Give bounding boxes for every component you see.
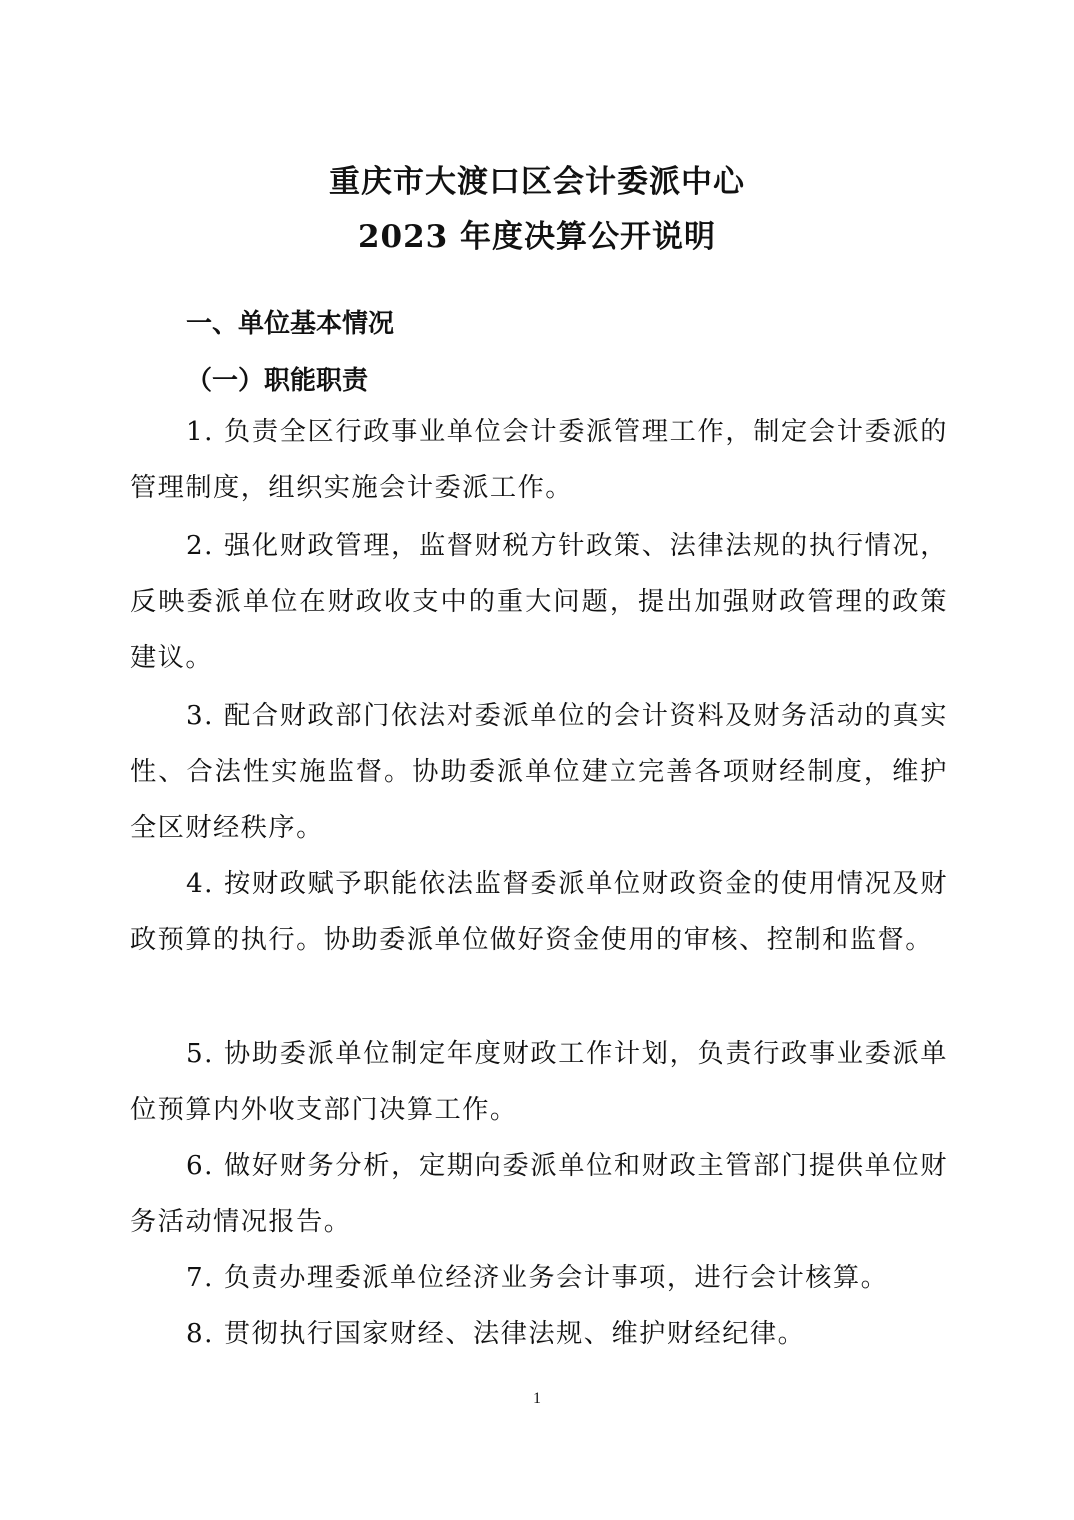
section-heading-basic-info: 一、单位基本情况 <box>186 303 394 340</box>
duty-item-4: 4. 按财政赋予职能依法监督委派单位财政资金的使用情况及财政预算的执行。协助委派… <box>130 856 948 968</box>
duty-item-3: 3. 配合财政部门依法对委派单位的会计资料及财务活动的真实性、合法性实施监督。协… <box>130 688 948 856</box>
page-number: 1 <box>0 1390 1074 1408</box>
duty-item-text: 负责办理委派单位经济业务会计事项，进行会计核算。 <box>214 1263 888 1293</box>
subsection-heading-functions: （一）职能职责 <box>186 360 368 397</box>
duty-item-number: 1. <box>186 417 214 447</box>
duty-item-2: 2. 强化财政管理，监督财税方针政策、法律法规的执行情况，反映委派单位在财政收支… <box>130 518 948 686</box>
duty-item-5: 5. 协助委派单位制定年度财政工作计划，负责行政事业委派单位预算内外收支部门决算… <box>130 1026 948 1138</box>
duty-item-number: 8. <box>186 1319 214 1349</box>
duty-item-text: 按财政赋予职能依法监督委派单位财政资金的使用情况及财政预算的执行。协助委派单位做… <box>130 869 948 955</box>
duty-item-number: 3. <box>186 701 214 731</box>
duty-item-1: 1. 负责全区行政事业单位会计委派管理工作，制定会计委派的管理制度，组织实施会计… <box>130 404 948 516</box>
document-title-line-1: 重庆市大渡口区会计委派中心 <box>0 156 1074 201</box>
duty-item-8: 8. 贯彻执行国家财经、法律法规、维护财经纪律。 <box>130 1306 948 1362</box>
duty-item-text: 协助委派单位制定年度财政工作计划，负责行政事业委派单位预算内外收支部门决算工作。 <box>130 1039 948 1125</box>
duty-item-text: 贯彻执行国家财经、法律法规、维护财经纪律。 <box>214 1319 805 1349</box>
duty-item-text: 强化财政管理，监督财税方针政策、法律法规的执行情况，反映委派单位在财政收支中的重… <box>130 531 948 673</box>
duty-item-number: 2. <box>186 531 214 561</box>
duty-item-text: 配合财政部门依法对委派单位的会计资料及财务活动的真实性、合法性实施监督。协助委派… <box>130 701 948 843</box>
duty-item-number: 7. <box>186 1263 214 1293</box>
duty-item-6: 6. 做好财务分析，定期向委派单位和财政主管部门提供单位财务活动情况报告。 <box>130 1138 948 1250</box>
document-title-line-2: 2023 年度决算公开说明 <box>0 211 1074 256</box>
duty-item-text: 负责全区行政事业单位会计委派管理工作，制定会计委派的管理制度，组织实施会计委派工… <box>130 417 948 503</box>
document-page: 重庆市大渡口区会计委派中心 2023 年度决算公开说明 一、单位基本情况 （一）… <box>0 0 1074 1520</box>
duty-item-text: 做好财务分析，定期向委派单位和财政主管部门提供单位财务活动情况报告。 <box>130 1151 948 1237</box>
duty-item-number: 4. <box>186 869 214 899</box>
duty-item-number: 5. <box>186 1039 214 1069</box>
duty-item-7: 7. 负责办理委派单位经济业务会计事项，进行会计核算。 <box>130 1250 948 1306</box>
duty-item-number: 6. <box>186 1151 214 1181</box>
